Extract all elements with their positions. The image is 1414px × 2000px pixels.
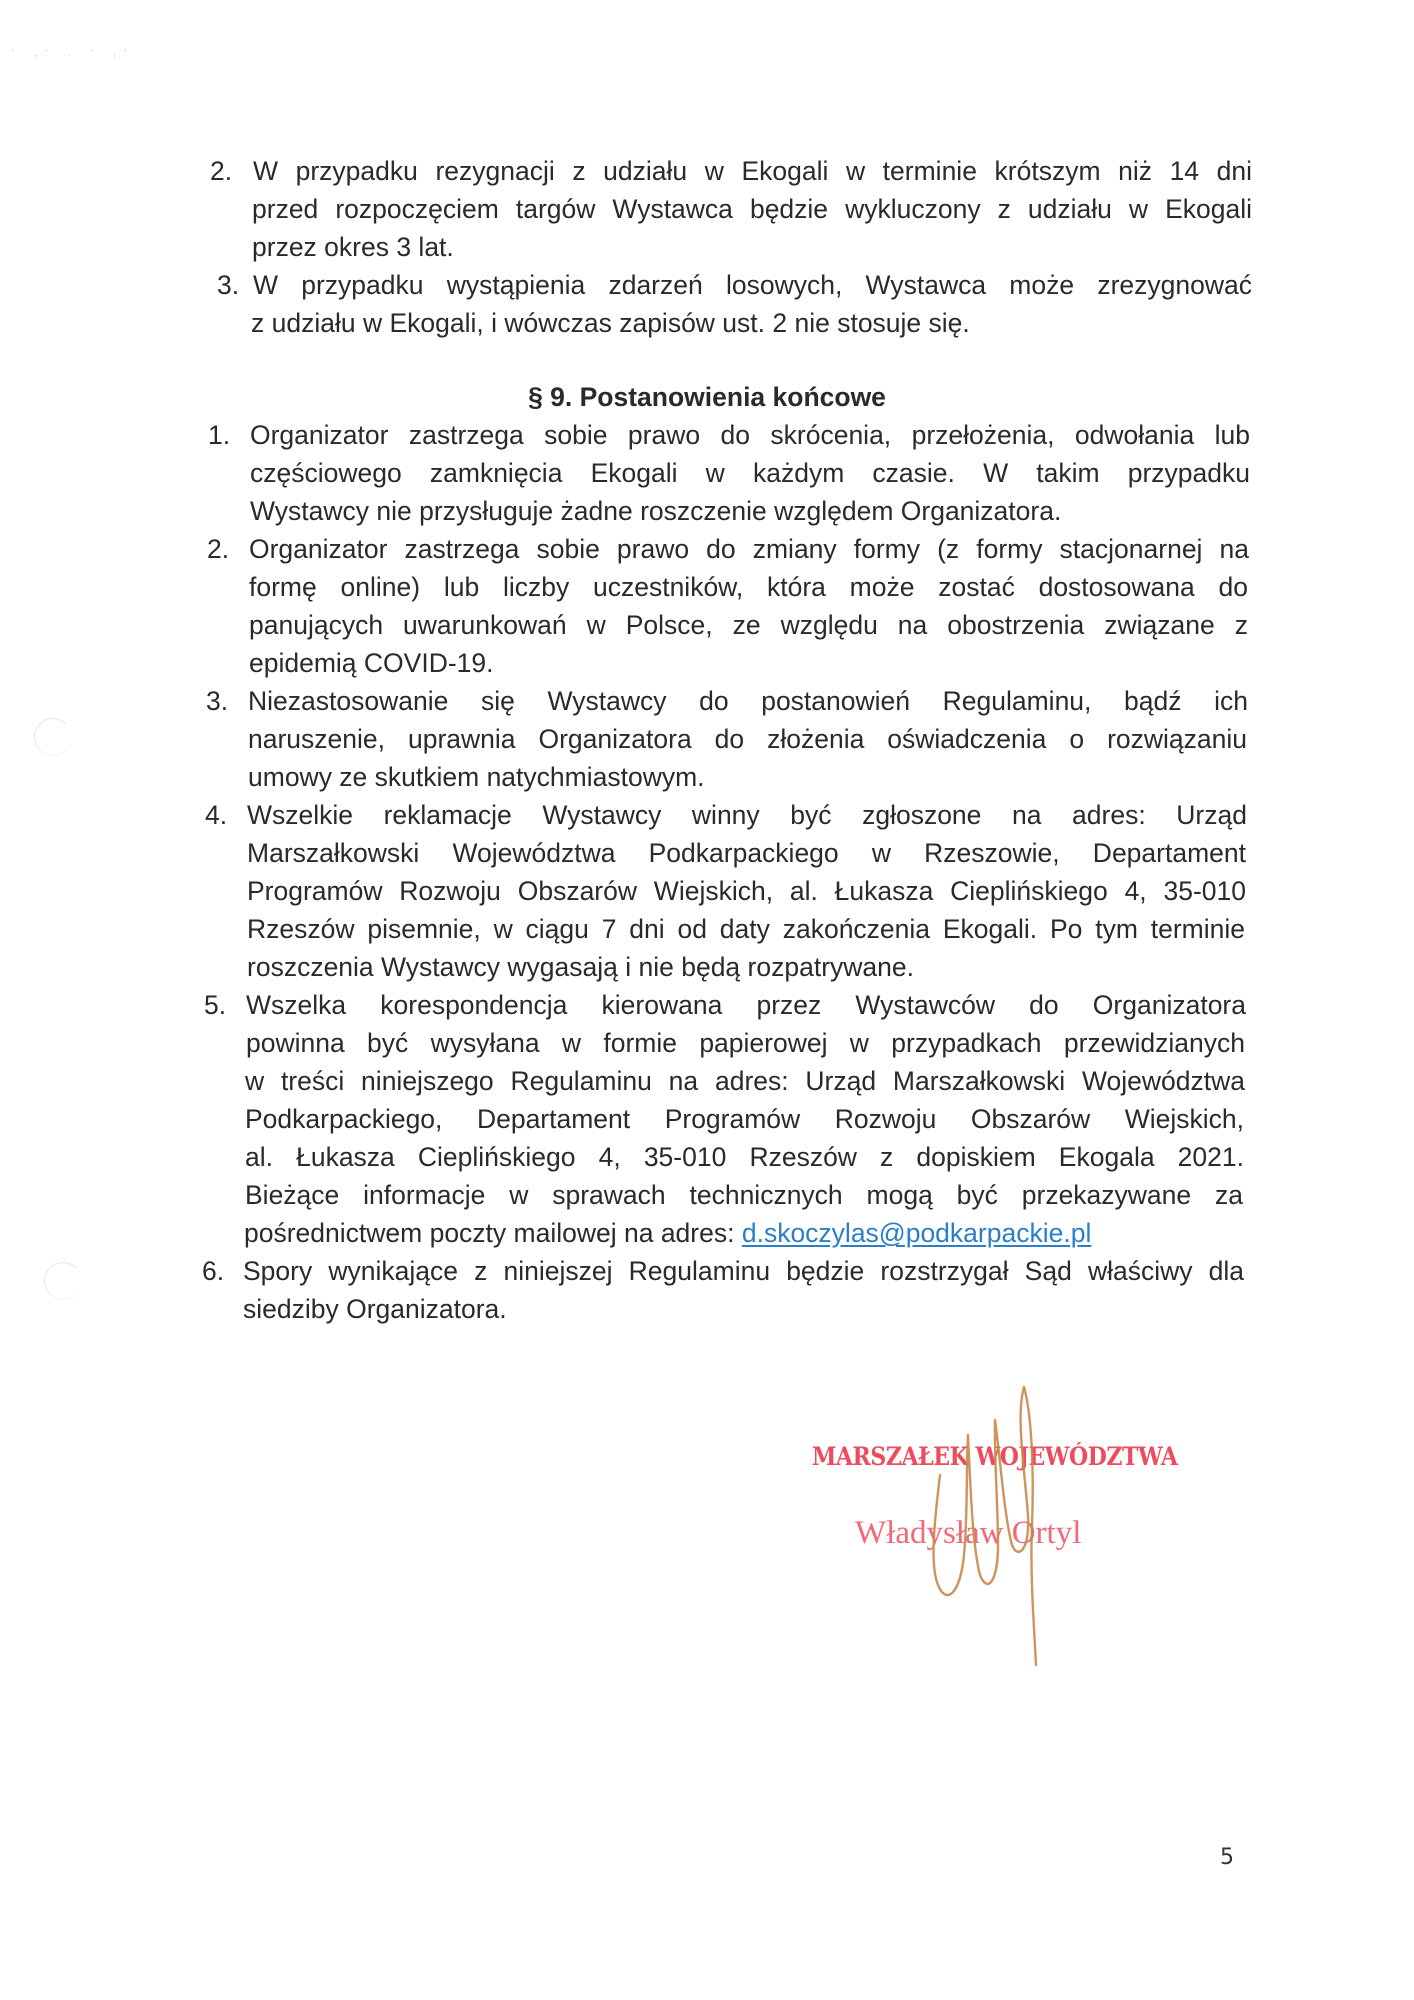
item-text-line: Organizator zastrzega sobie prawo do skr…: [250, 416, 1250, 454]
item-number: 2.: [207, 530, 229, 568]
item-text-line: panujących uwarunkowań w Polsce, ze wzgl…: [249, 606, 1248, 644]
item-number: 2.: [210, 152, 232, 190]
item-text-line: al. Łukasza Cieplińskiego 4, 35-010 Rzes…: [245, 1138, 1244, 1176]
item-text-line: przez okres 3 lat.: [252, 228, 454, 266]
scan-noise: ' ,' . ' ,': [12, 48, 135, 58]
item-text-line: Spory wynikające z niniejszej Regulaminu…: [243, 1252, 1244, 1290]
email-prefix: pośrednictwem poczty mailowej na adres:: [244, 1218, 742, 1248]
item-text-line: Wystawcy nie przysługuje żadne roszczeni…: [250, 492, 1061, 530]
item-number: 3.: [206, 682, 228, 720]
item-text-line: Niezastosowanie się Wystawcy do postanow…: [248, 682, 1248, 720]
item-number: 3.: [217, 266, 239, 304]
item-text-line: epidemią COVID-19.: [249, 644, 494, 682]
item-text-line: Organizator zastrzega sobie prawo do zmi…: [249, 530, 1249, 568]
item-text-line: Marszałkowski Województwa Podkarpackiego…: [247, 834, 1246, 872]
item-text-line: powinna być wysyłana w formie papierowej…: [246, 1024, 1245, 1062]
item-text-line: siedziby Organizatora.: [243, 1290, 507, 1328]
email-link[interactable]: d.skoczylas@podkarpackie.pl: [742, 1218, 1091, 1248]
item-text-line: Programów Rozwoju Obszarów Wiejskich, al…: [247, 872, 1246, 910]
item-number: 4.: [205, 796, 227, 834]
item-number: 6.: [202, 1252, 224, 1290]
item-text-line: w treści niniejszego Regulaminu na adres…: [245, 1062, 1245, 1100]
item-text-line: umowy ze skutkiem natychmiastowym.: [248, 758, 705, 796]
item-text-line: roszczenia Wystawcy wygasają i nie będą …: [247, 948, 914, 986]
item-text-line: Wszelka korespondencja kierowana przez W…: [246, 986, 1246, 1024]
item-text-line: Bieżące informacje w sprawach techniczny…: [245, 1176, 1243, 1214]
item-text-line: przed rozpoczęciem targów Wystawca będzi…: [252, 190, 1252, 228]
item-text-line: naruszenie, uprawnia Organizatora do zło…: [248, 720, 1247, 758]
item-text-line: Podkarpackiego, Departament Programów Ro…: [245, 1100, 1244, 1138]
item-number: 1.: [208, 416, 230, 454]
item-text-line: częściowego zamknięcia Ekogali w każdym …: [250, 454, 1250, 492]
page-number: 5: [1220, 1845, 1234, 1870]
punch-hole-mark: [44, 1262, 82, 1300]
item-number: 5.: [204, 986, 226, 1024]
item-text-line: pośrednictwem poczty mailowej na adres: …: [244, 1214, 1091, 1252]
item-text-line: Wszelkie reklamacje Wystawcy winny być z…: [247, 796, 1247, 834]
section-heading: § 9. Postanowienia końcowe: [0, 378, 1414, 416]
item-text-line: formę online) lub liczby uczestników, kt…: [249, 568, 1248, 606]
item-text-line: z udziału w Ekogali, i wówczas zapisów u…: [251, 304, 970, 342]
item-text-line: W przypadku wystąpienia zdarzeń losowych…: [253, 266, 1252, 304]
item-text-line: Rzeszów pisemnie, w ciągu 7 dni od daty …: [247, 910, 1245, 948]
handwritten-signature-icon: [920, 1375, 1050, 1675]
document-page: ' ,' . ' ,' 2. W przypadku rezygnacji z …: [0, 0, 1414, 2000]
item-text-line: W przypadku rezygnacji z udziału w Ekoga…: [253, 152, 1252, 190]
punch-hole-mark: [34, 718, 72, 756]
